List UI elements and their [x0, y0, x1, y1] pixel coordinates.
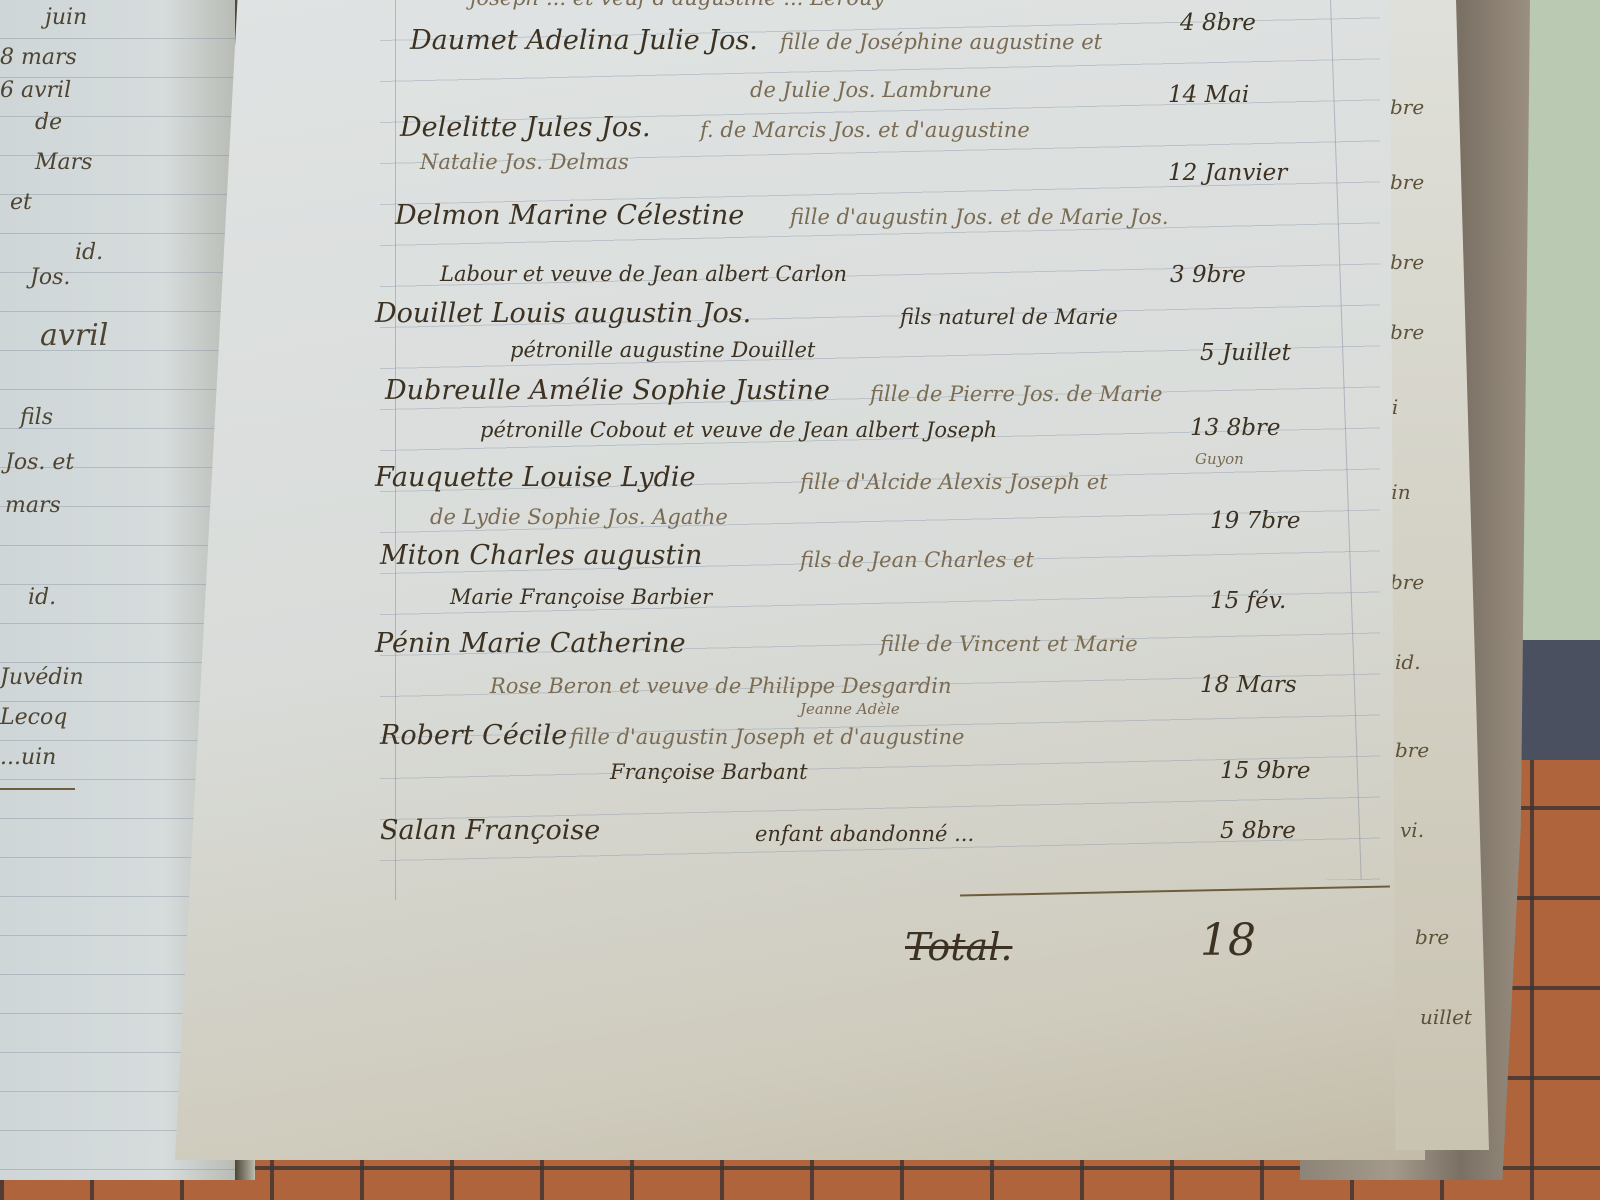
entry-date: 15 fév.: [1210, 588, 1286, 614]
entry-name: Miton Charles augustin: [380, 540, 702, 571]
left-note: mars: [5, 493, 61, 518]
entry-parents: f. de Marcis Jos. et d'augustine: [700, 118, 1030, 142]
entry-date: 13 8bre: [1190, 415, 1281, 441]
entry-date: 15 9bre: [1220, 758, 1311, 784]
total-value: 18: [1200, 915, 1256, 966]
left-note: ...uin: [0, 745, 56, 770]
entry-parents-cont: Rose Beron et veuve de Philippe Desgardi…: [490, 674, 951, 698]
entry-parents: fille de Joséphine augustine et: [780, 30, 1102, 54]
entry-parents-cont: de Julie Jos. Lambrune: [750, 78, 992, 102]
entry-note-above: Jeanne Adèle: [800, 700, 900, 718]
entry-parents: fille d'augustin Jos. et de Marie Jos.: [790, 205, 1169, 229]
total-label: Total.: [905, 925, 1012, 969]
left-note: id.: [28, 585, 56, 610]
margin-note: bre: [1415, 925, 1449, 949]
entry-parents-cont: Natalie Jos. Delmas: [420, 150, 629, 174]
margin-note: uillet: [1420, 1005, 1472, 1029]
left-note: Mars: [35, 150, 92, 175]
entry-name: Dubreulle Amélie Sophie Justine: [385, 375, 830, 406]
entry-parents-cont: Françoise Barbant: [610, 760, 808, 784]
margin-note: bre: [1390, 170, 1424, 194]
left-note: avril: [40, 318, 108, 353]
entry-parents-cont: pétronille Cobout et veuve de Jean alber…: [480, 418, 997, 442]
entry-name: Robert Cécile: [380, 720, 567, 751]
margin-note: bre: [1390, 320, 1424, 344]
entry-name: Daumet Adelina Julie Jos.: [410, 25, 758, 56]
margin-note: bre: [1390, 250, 1424, 274]
margin-note: bre: [1390, 570, 1424, 594]
entry-parents-cont: Labour et veuve de Jean albert Carlon: [440, 262, 847, 286]
partial-top-line: joseph ... et veuf d'augustine ... Lerou…: [470, 0, 884, 10]
entry-date: 5 Juillet: [1200, 340, 1291, 366]
entry-date: 18 Mars: [1200, 672, 1297, 698]
left-note: Juvédin: [0, 665, 84, 690]
entry-note-above: Guyon: [1195, 450, 1244, 468]
entry-name: Pénin Marie Catherine: [375, 628, 686, 659]
margin-note: id.: [1395, 650, 1421, 674]
entry-date: 5 8bre: [1220, 818, 1296, 844]
entry-name: Douillet Louis augustin Jos.: [375, 298, 751, 329]
left-note: Jos. et: [5, 450, 74, 475]
margin-note: bre: [1395, 738, 1429, 762]
entry-parents: fille d'augustin Joseph et d'augustine: [570, 725, 964, 749]
left-note: Lecoq: [0, 705, 67, 730]
entry-parents-cont: pétronille augustine Douillet: [510, 338, 815, 362]
entry-name: Delelitte Jules Jos.: [400, 112, 651, 143]
entry-parents: fille de Pierre Jos. de Marie: [870, 382, 1162, 406]
entry-date: 14 Mai: [1168, 82, 1249, 108]
entry-parents: fils de Jean Charles et: [800, 548, 1034, 572]
left-note: juin: [45, 5, 87, 30]
entry-name: Delmon Marine Célestine: [395, 200, 744, 231]
entry-parents: enfant abandonné ...: [755, 822, 974, 846]
entry-date: 19 7bre: [1210, 508, 1301, 534]
left-note: et: [10, 190, 32, 215]
left-note: 8 mars: [0, 45, 77, 70]
entry-parents: fille de Vincent et Marie: [880, 632, 1138, 656]
entry-parents-cont: Marie Françoise Barbier: [450, 585, 712, 609]
entry-parents: fille d'Alcide Alexis Joseph et: [800, 470, 1108, 494]
left-note: de: [35, 110, 62, 135]
entry-date: 4 8bre: [1180, 10, 1256, 36]
margin-line: [395, 0, 396, 900]
left-note: Jos.: [30, 265, 70, 290]
entry-parents-cont: de Lydie Sophie Jos. Agathe: [430, 505, 728, 529]
margin-note: bre: [1390, 95, 1424, 119]
left-note: 6 avril: [0, 78, 71, 103]
margin-note: vi.: [1400, 818, 1424, 842]
entry-name: Salan Françoise: [380, 815, 600, 846]
entry-date: 12 Janvier: [1168, 160, 1287, 186]
left-note: fils: [20, 405, 53, 430]
left-note: id.: [75, 240, 103, 265]
entry-date: 3 9bre: [1170, 262, 1246, 288]
left-page-rule: [0, 788, 75, 790]
entry-parents: fils naturel de Marie: [900, 305, 1118, 329]
entry-name: Fauquette Louise Lydie: [375, 462, 696, 493]
